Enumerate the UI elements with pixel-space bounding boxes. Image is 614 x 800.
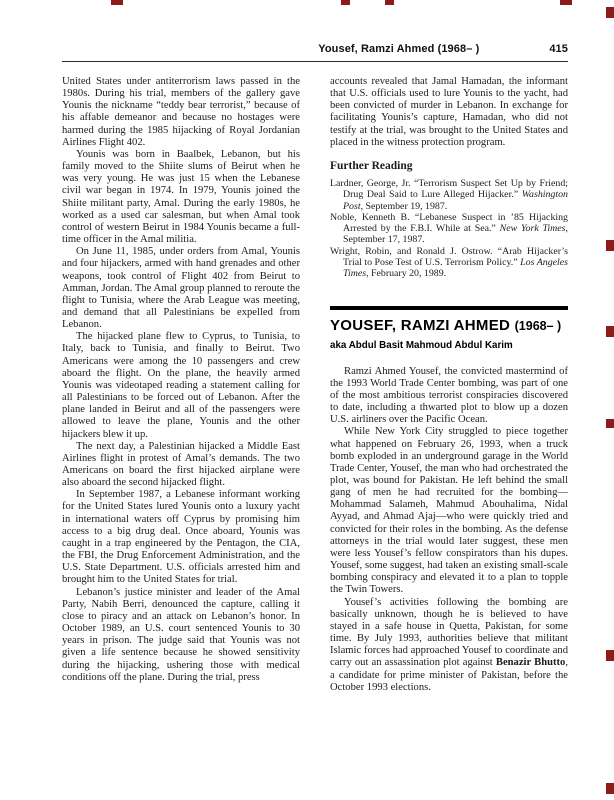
page-edge-mark-right-5: [606, 650, 614, 661]
running-head: Yousef, Ramzi Ahmed (1968– ) 415: [62, 43, 568, 55]
page-edge-mark-top-4: [560, 0, 572, 5]
page-edge-mark-right-3: [606, 326, 614, 337]
entry-title-dates: (1968– ): [515, 319, 562, 333]
citation: Noble, Kenneth B. “Lebanese Suspect in ’…: [330, 212, 568, 246]
page-edge-mark-top-3: [385, 0, 394, 5]
paragraph: The hijacked plane flew to Cyprus, to Tu…: [62, 331, 300, 440]
header-rule: [62, 61, 568, 62]
page-edge-mark-top-1: [111, 0, 123, 5]
page-edge-mark-top-2: [341, 0, 350, 5]
paragraph: While New York City struggled to piece t…: [330, 426, 568, 596]
page-edge-mark-right-1: [606, 7, 614, 18]
further-reading-heading: Further Reading: [330, 160, 568, 172]
paragraph: The next day, a Palestinian hijacked a M…: [62, 441, 300, 490]
paragraph: accounts revealed that Jamal Hamadan, th…: [330, 76, 568, 149]
page-edge-mark-right-2: [606, 240, 614, 251]
paragraph: Lebanon’s justice minister and leader of…: [62, 587, 300, 684]
paragraph: In September 1987, a Lebanese informant …: [62, 489, 300, 586]
entry-divider-rule: [330, 306, 568, 310]
page-edge-mark-right-6: [606, 783, 614, 794]
entry-title: YOUSEF, RAMZI AHMED (1968– ): [330, 317, 568, 334]
page-number: 415: [549, 43, 568, 55]
book-page: Yousef, Ramzi Ahmed (1968– ) 415 United …: [0, 0, 614, 800]
column-left: United States under antiterrorism laws p…: [62, 76, 300, 792]
paragraph: Younis was born in Baalbek, Lebanon, but…: [62, 149, 300, 246]
paragraph: Ramzi Ahmed Yousef, the convicted master…: [330, 366, 568, 427]
paragraph: United States under antiterrorism laws p…: [62, 76, 300, 149]
running-head-title: Yousef, Ramzi Ahmed (1968– ): [318, 43, 479, 55]
paragraph: On June 11, 1985, under orders from Amal…: [62, 246, 300, 331]
page-edge-mark-right-4: [606, 419, 614, 428]
entry-title-name: YOUSEF, RAMZI AHMED: [330, 317, 510, 334]
citation: Wright, Robin, and Ronald J. Ostrow. “Ar…: [330, 246, 568, 280]
citation: Lardner, George, Jr. “Terrorism Suspect …: [330, 178, 568, 212]
column-right: accounts revealed that Jamal Hamadan, th…: [330, 76, 568, 792]
paragraph: Yousef’s activities following the bombin…: [330, 597, 568, 694]
entry-aka: aka Abdul Basit Mahmoud Abdul Karim: [330, 340, 568, 351]
